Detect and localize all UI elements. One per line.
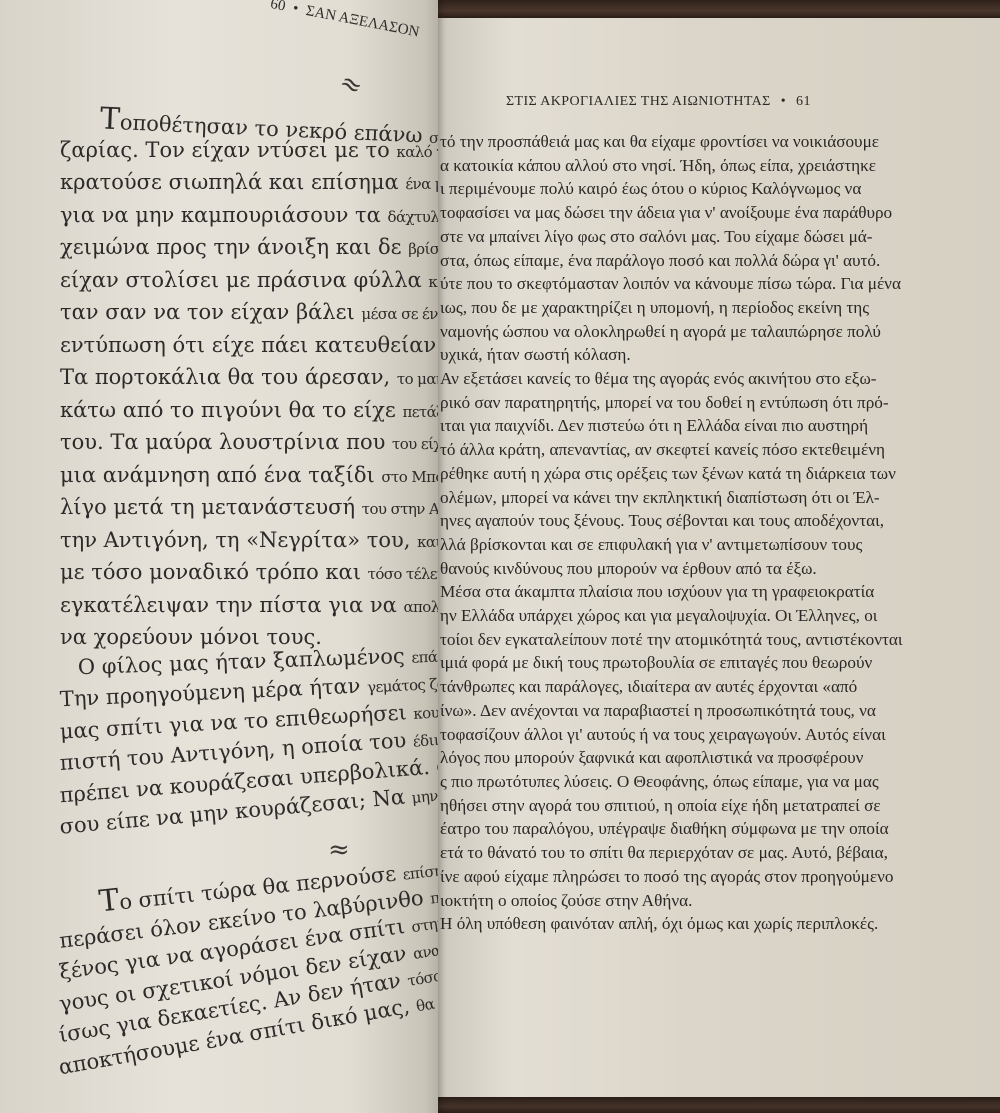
text-line-gutter-tail: του είχαν φορέσ bbox=[392, 435, 438, 453]
text-line: εγκατέλειψαν την πίστα για να απολαύσουν… bbox=[0, 590, 438, 623]
text-line-gutter-tail: που απαιτείτ bbox=[429, 878, 438, 907]
left-section-2: Το σπίτι τώρα θα περνούσε επίσημα στο όν… bbox=[0, 898, 438, 1095]
text-line: τό την προσπάθειά μας και θα είχαμε φρον… bbox=[432, 130, 962, 154]
text-line: ιοκτήτη ο οποίος ζούσε στην Αθήνα. bbox=[432, 889, 962, 913]
text-line-gutter-tail: στο Μπουένος Άιρ bbox=[381, 468, 438, 486]
text-line: Η όλη υπόθεση φαινόταν απλή, όχι όμως κα… bbox=[432, 912, 962, 936]
right-running-head-title: ΣΤΙΣ ΑΚΡΟΓΙΑΛΙΕΣ ΤΗΣ ΑΙΩΝΙΟΤΗΤΑΣ bbox=[506, 94, 771, 109]
table-surface-bottom bbox=[432, 1097, 1000, 1113]
text-line: για να μην καμπουριάσουν τα δάχτυλά του.… bbox=[0, 200, 438, 233]
text-line-main: κάτω από το πιγούνι θα το είχε bbox=[60, 398, 396, 422]
text-line-gutter-tail: και κλαδιά απ bbox=[428, 273, 438, 291]
text-line: ολέμων, μπορεί να κάνει την εκπληκτική δ… bbox=[432, 486, 962, 510]
text-line: ιμιά φορά με δική τους πρωτοβουλία σε επ… bbox=[432, 651, 962, 675]
text-line-gutter-tail: το μαντίλι όμως τ bbox=[397, 370, 438, 388]
text-line-gutter-tail: ένα μεγάλο πορτ bbox=[405, 175, 438, 193]
text-line-main: Τα πορτοκάλια θα του άρεσαν, bbox=[60, 365, 390, 389]
drop-cap: Τ bbox=[97, 883, 121, 920]
text-line-gutter-tail: έδινε συνεχώς bbox=[412, 726, 438, 751]
text-line-gutter-tail: στο μεγάλο τρ bbox=[429, 129, 438, 151]
text-line: α κατοικία κάπου αλλού στο νησί. Ήδη, όπ… bbox=[432, 154, 962, 178]
right-running-head: ΣΤΙΣ ΑΚΡΟΓΙΑΛΙΕΣ ΤΗΣ ΑΙΩΝΙΟΤΗΤΑΣ•61 bbox=[506, 94, 886, 110]
text-line: Μέσα στα άκαμπτα πλαίσια που ισχύουν για… bbox=[432, 580, 962, 604]
text-line: κρατούσε σιωπηλά και επίσημα ένα μεγάλο … bbox=[0, 167, 438, 200]
text-line-gutter-tail: γεμάτος ζωή όταν ή bbox=[367, 672, 438, 696]
text-line: την Αντιγόνη, τη «Νεγρίτα» του, και χόρε… bbox=[0, 525, 438, 558]
left-page-number: 60 bbox=[269, 0, 287, 15]
header-bullet: • bbox=[781, 94, 786, 109]
text-line: στε να μπαίνει λίγο φως στο σαλόνι μας. … bbox=[432, 225, 962, 249]
right-page-number: 61 bbox=[796, 94, 811, 109]
text-line: ηθήσει στην αγορά του σπιτιού, η οποία ε… bbox=[432, 794, 962, 818]
left-page: 60•ΣΑΝ ΑΞΕΛΑΣΟΝ ≈ Τοποθέτησαν το νεκρό ε… bbox=[0, 0, 438, 1113]
text-line-main: κρατούσε σιωπηλά και επίσημα bbox=[60, 170, 399, 194]
text-line: χειμώνα προς την άνοιξη και δε βρίσκοντα… bbox=[0, 232, 438, 265]
text-line-gutter-tail: πετάξει, αν μπο bbox=[402, 403, 438, 421]
text-line: του. Τα μαύρα λουστρίνια που του είχαν φ… bbox=[0, 427, 438, 460]
table-surface-top bbox=[432, 0, 1000, 18]
text-line: μια ανάμνηση από ένα ταξίδι στο Μπουένος… bbox=[0, 460, 438, 493]
text-line-gutter-tail: μην...» bbox=[411, 785, 438, 807]
text-line: εντύπωση ότι είχε πάει κατευθείαν στους … bbox=[0, 330, 438, 363]
text-line-main: λίγο μετά τη μετανάστευσή bbox=[60, 495, 355, 519]
left-running-head: 60•ΣΑΝ ΑΞΕΛΑΣΟΝ bbox=[269, 0, 421, 42]
text-line: τοφασίζουν άλλοι γι' αυτούς ή να τους χε… bbox=[432, 723, 962, 747]
text-line: με τόσο μοναδικό τρόπο και τόσο τέλεια, … bbox=[0, 557, 438, 590]
text-line: κάτω από το πιγούνι θα το είχε πετάξει, … bbox=[0, 395, 438, 428]
text-line-main: την Αντιγόνη, τη «Νεγρίτα» του, bbox=[60, 528, 410, 552]
text-line-main: για να μην καμπουριάσουν τα bbox=[60, 203, 381, 227]
text-line: ιται για παιχνίδι. Δεν πιστεύω ότι η Ελλ… bbox=[432, 414, 962, 438]
text-line: ύτε που το σκεφτόμασταν λοιπόν να κάνουμ… bbox=[432, 272, 962, 296]
text-line: ηνες αγαπούν τους ξένους. Τους σέβονται … bbox=[432, 509, 962, 533]
text-line: έατρο του παραλόγου, υπέγραψε διαθήκη σύ… bbox=[432, 817, 962, 841]
text-line-gutter-tail: του στην Αργεντινή bbox=[362, 500, 438, 518]
text-line: ταν σαν να τον είχαν βάλει μέσα σε ένα μ… bbox=[0, 297, 438, 330]
text-line: ιως, που δε με χαρακτηρίζει η υπομονή, η… bbox=[432, 296, 962, 320]
text-line-main: του. Τα μαύρα λουστρίνια που bbox=[60, 430, 385, 454]
text-line-main: με τόσο μοναδικό τρόπο και bbox=[60, 560, 361, 584]
text-line: Αν εξετάσει κανείς το θέμα της αγοράς εν… bbox=[432, 367, 962, 391]
right-page-body: τό την προσπάθειά μας και θα είχαμε φρον… bbox=[432, 130, 962, 936]
text-line: ίνε αφού είχαμε πληρώσει το ποσό της αγο… bbox=[432, 865, 962, 889]
text-line-main: εγκατέλειψαν την πίστα για να bbox=[60, 593, 397, 617]
text-line: ρέθηκε αυτή η χώρα στις ορέξεις των ξένω… bbox=[432, 462, 962, 486]
text-line-gutter-tail: κουβαλώντας bbox=[413, 699, 438, 722]
text-line-main: εντύπωση ότι είχε πάει κατευθείαν bbox=[60, 333, 436, 357]
text-line-gutter-tail: και χόρεψαν μα bbox=[417, 533, 438, 551]
text-line-gutter-tail: τόσο τέλεια, που όλο bbox=[368, 565, 438, 583]
left-section-1: Τοποθέτησαν το νεκρό επάνω στο μεγάλο τρ… bbox=[0, 100, 438, 850]
text-line-main: χειμώνα προς την άνοιξη και δε bbox=[60, 235, 402, 259]
text-line: τάνθρωπες και παράλογες, ιδιαίτερα αν αυ… bbox=[432, 675, 962, 699]
text-line: ίνω». Δεν ανέχονται να παραβιαστεί η προ… bbox=[432, 699, 962, 723]
text-line-gutter-tail: Θυμήσου π bbox=[436, 753, 438, 777]
text-line: υχικά, ήταν σωστή κόλαση. bbox=[432, 343, 962, 367]
section-ornament-top: ≈ bbox=[334, 67, 368, 104]
text-line-gutter-tail: δάχτυλά του. Ήτ bbox=[388, 208, 438, 226]
text-line-main: είχαν στολίσει με πράσινα φύλλα bbox=[60, 268, 422, 292]
text-line-gutter-tail: επίσημα στο όν bbox=[402, 854, 438, 883]
text-line: Τα πορτοκάλια θα του άρεσαν, το μαντίλι … bbox=[0, 362, 438, 395]
drop-cap: Τ bbox=[99, 101, 121, 137]
right-page: ΣΤΙΣ ΑΚΡΟΓΙΑΛΙΕΣ ΤΗΣ ΑΙΩΝΙΟΤΗΤΑΣ•61 τό τ… bbox=[432, 18, 1000, 1097]
text-line: λόγος που μπορούν ξαφνικά και αφοπλιστικ… bbox=[432, 746, 962, 770]
header-bullet: • bbox=[292, 0, 300, 17]
text-line: τοφασίσει να μας δώσει την άδεια για ν' … bbox=[432, 201, 962, 225]
text-line: τοίοι δεν εγκαταλείπουν ποτέ την ατομικό… bbox=[432, 628, 962, 652]
text-line-main: μια ανάμνηση από ένα ταξίδι bbox=[60, 463, 375, 487]
text-line: ι περιμένουμε πολύ καιρό έως ότου ο κύρι… bbox=[432, 177, 962, 201]
text-line-gutter-tail: μέσα σε ένα μεγάλο bbox=[361, 305, 438, 323]
text-line: τό άλλα κράτη, απεναντίας, αν σκεφτεί κα… bbox=[432, 438, 962, 462]
text-line: ς πιο πρωτότυπες λύσεις. Ο Θεοφάνης, όπω… bbox=[432, 770, 962, 794]
text-line: ναμονής ώσπου να ολοκληρωθεί η αγορά με … bbox=[432, 320, 962, 344]
left-running-head-title: ΣΑΝ ΑΞΕΛΑΣΟΝ bbox=[305, 3, 421, 41]
text-line-gutter-tail: απολαύσουν τους bbox=[404, 598, 438, 616]
text-line: ετά το θάνατό του το σπίτι θα περιερχότα… bbox=[432, 841, 962, 865]
text-line: λλά βρίσκονται και σε επιφυλακή για ν' α… bbox=[432, 533, 962, 557]
text-line: στα, όπως είπαμε, ένα παράλογο ποσό και … bbox=[432, 249, 962, 273]
text-line-gutter-tail: επάνω στο τρα bbox=[411, 644, 438, 666]
text-line: θανούς κινδύνους που μπορούν να έρθουν α… bbox=[432, 557, 962, 581]
text-line-main: ταν σαν να τον είχαν βάλει bbox=[60, 300, 355, 324]
text-line: ην Ελλάδα υπάρχει χώρος και για μεγαλοψυ… bbox=[432, 604, 962, 628]
text-line: λίγο μετά τη μετανάστευσή του στην Αργεν… bbox=[0, 492, 438, 525]
text-line: ρικό σαν παρατηρητής, μπορεί να του δοθε… bbox=[432, 391, 962, 415]
text-line-gutter-tail: βρίσκονταν είχα bbox=[408, 240, 438, 258]
text-line: είχαν στολίσει με πράσινα φύλλα και κλαδ… bbox=[0, 265, 438, 298]
